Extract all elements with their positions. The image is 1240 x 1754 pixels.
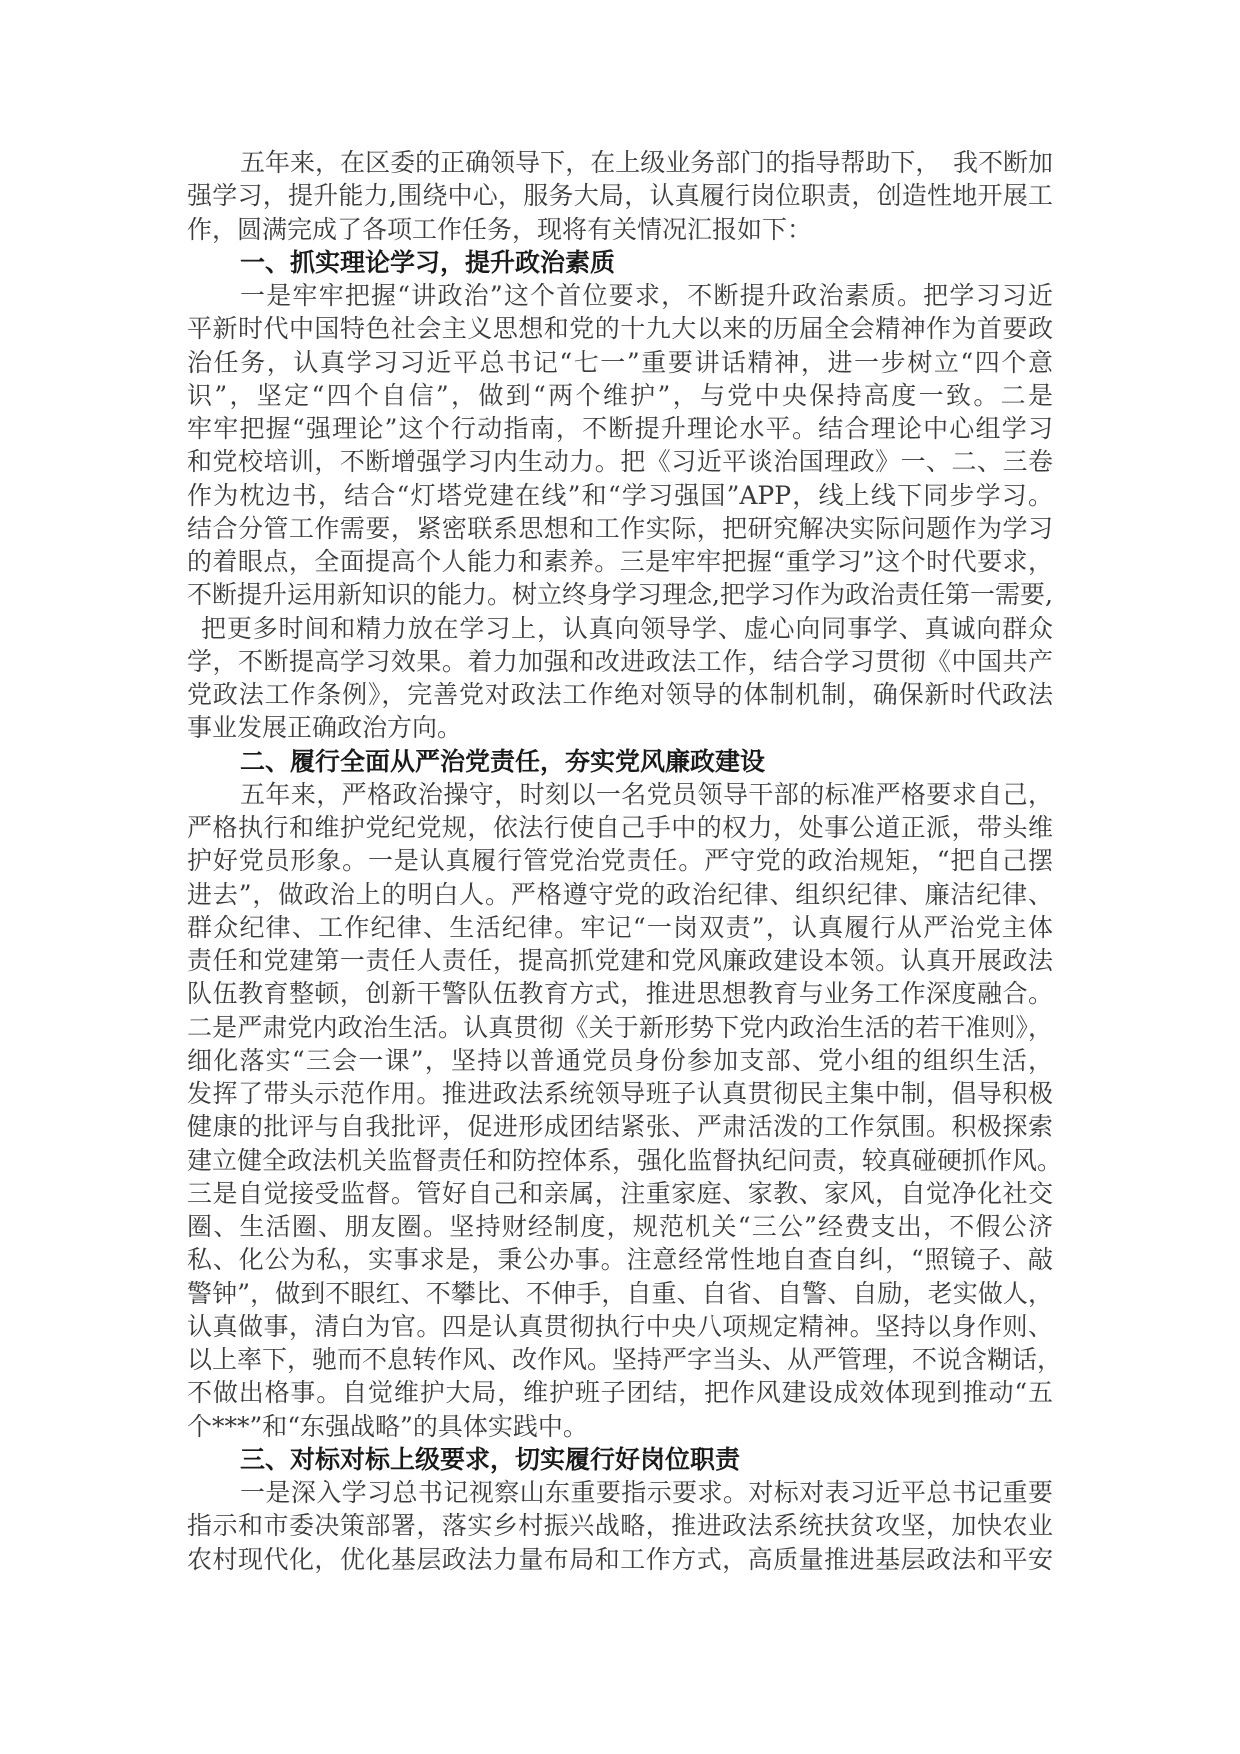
text-line: 把更多时间和精力放在学习上，认真向领导学、虚心向同事学、真诚向群众 (187, 612, 1053, 645)
text-line: 指示和市委决策部署，落实乡村振兴战略，推进政法系统扶贫攻坚，加快农业 (187, 1509, 1053, 1542)
text-line: 以上率下，驰而不息转作风、改作风。坚持严字当头、从严管理，不说含糊话， (187, 1343, 1053, 1376)
paragraph-end-line: 个***”和“东强战略”的具体实践中。 (187, 1410, 1053, 1443)
text-line: 强学习，提升能力,围绕中心，服务大局，认真履行岗位职责，创造性地开展工 (187, 179, 1053, 212)
text-line: 治任务，认真学习习近平总书记“七一”重要讲话精神，进一步树立“四个意 (187, 346, 1053, 379)
document-body: 五年来，在区委的正确领导下，在上级业务部门的指导帮助下， 我不断加强学习，提升能… (187, 146, 1053, 1576)
text-line: 学，不断提高学习效果。着力加强和改进政法工作，结合学习贯彻《中国共产 (187, 645, 1053, 678)
text-line: 细化落实“三会一课”，坚持以普通党员身份参加支部、党小组的组织生活， (187, 1044, 1053, 1077)
text-line: 作为枕边书，结合“灯塔党建在线”和“学习强国”APP，线上线下同步学习。 (187, 479, 1053, 512)
text-line: 的着眼点，全面提高个人能力和素养。三是牢牢把握“重学习”这个时代要求， (187, 545, 1053, 578)
paragraph-start-line: 五年来，严格政治操守，时刻以一名党员领导干部的标准严格要求自己， (187, 778, 1053, 811)
text-line: 责任和党建第一责任人责任，提高抓党建和党风廉政建设本领。认真开展政法 (187, 944, 1053, 977)
text-line: 不做出格事。自觉维护大局，维护班子团结，把作风建设成效体现到推动“五 (187, 1376, 1053, 1409)
text-line: 警钟”，做到不眼红、不攀比、不伸手，自重、自省、自警、自励，老实做人， (187, 1277, 1053, 1310)
text-line: 发挥了带头示范作用。推进政法系统领导班子认真贯彻民主集中制，倡导积极 (187, 1077, 1053, 1110)
paragraph-end-line: 作，圆满完成了各项工作任务，现将有关情况汇报如下： (187, 213, 1053, 246)
text-line: 严格执行和维护党纪党规，依法行使自己手中的权力，处事公道正派，带头维 (187, 811, 1053, 844)
text-line: 三是自觉接受监督。管好自己和亲属，注重家庭、家教、家风，自觉净化社交 (187, 1177, 1053, 1210)
text-line: 农村现代化，优化基层政法力量布局和工作方式，高质量推进基层政法和平安 (187, 1543, 1053, 1576)
text-line: 群众纪律、工作纪律、生活纪律。牢记“一岗双责”，认真履行从严治党主体 (187, 911, 1053, 944)
text-line: 圈、生活圈、朋友圈。坚持财经制度，规范机关“三公”经费支出，不假公济 (187, 1210, 1053, 1243)
text-line: 牢牢把握“强理论”这个行动指南，不断提升理论水平。结合理论中心组学习 (187, 412, 1053, 445)
paragraph-start-line: 一是牢牢把握“讲政治”这个首位要求，不断提升政治素质。把学习习近 (187, 279, 1053, 312)
text-line: 建立健全政法机关监督责任和防控体系，强化监督执纪问责，较真碰硬抓作风。 (187, 1144, 1053, 1177)
section-heading: 三、对标对标上级要求，切实履行好岗位职责 (187, 1443, 1053, 1476)
text-line: 进去”，做政治上的明白人。严格遵守党的政治纪律、组织纪律、廉洁纪律、 (187, 878, 1053, 911)
paragraph-start-line: 一是深入学习总书记视察山东重要指示要求。对标对表习近平总书记重要 (187, 1476, 1053, 1509)
text-line: 和党校培训，不断增强学习内生动力。把《习近平谈治国理政》一、二、三卷 (187, 445, 1053, 478)
text-line: 党政法工作条例》，完善党对政法工作绝对领导的体制机制，确保新时代政法 (187, 678, 1053, 711)
text-line: 识”，坚定“四个自信”，做到“两个维护”，与党中央保持高度一致。二是 (187, 379, 1053, 412)
text-line: 私、化公为私，实事求是，秉公办事。注意经常性地自查自纠，“照镜子、敲 (187, 1243, 1053, 1276)
text-line: 健康的批评与自我批评，促进形成团结紧张、严肃活泼的工作氛围。积极探索 (187, 1110, 1053, 1143)
text-line: 结合分管工作需要，紧密联系思想和工作实际，把研究解决实际问题作为学习 (187, 512, 1053, 545)
text-line: 认真做事，清白为官。四是认真贯彻执行中央八项规定精神。坚持以身作则、 (187, 1310, 1053, 1343)
section-heading: 二、履行全面从严治党责任，夯实党风廉政建设 (187, 745, 1053, 778)
section-heading: 一、抓实理论学习，提升政治素质 (187, 246, 1053, 279)
paragraph-end-line: 事业发展正确政治方向。 (187, 711, 1053, 744)
text-line: 队伍教育整顿，创新干警队伍教育方式，推进思想教育与业务工作深度融合。 (187, 977, 1053, 1010)
text-line: 护好党员形象。一是认真履行管党治党责任。严守党的政治规矩，“把自己摆 (187, 844, 1053, 877)
text-line: 平新时代中国特色社会主义思想和党的十九大以来的历届全会精神作为首要政 (187, 312, 1053, 345)
document-page: 五年来，在区委的正确领导下，在上级业务部门的指导帮助下， 我不断加强学习，提升能… (0, 0, 1240, 1754)
paragraph-start-line: 五年来，在区委的正确领导下，在上级业务部门的指导帮助下， 我不断加 (187, 146, 1053, 179)
text-line: 不断提升运用新知识的能力。树立终身学习理念,把学习作为政治责任第一需要, (187, 578, 1053, 611)
text-line: 二是严肃党内政治生活。认真贯彻《关于新形势下党内政治生活的若干准则》， (187, 1011, 1053, 1044)
